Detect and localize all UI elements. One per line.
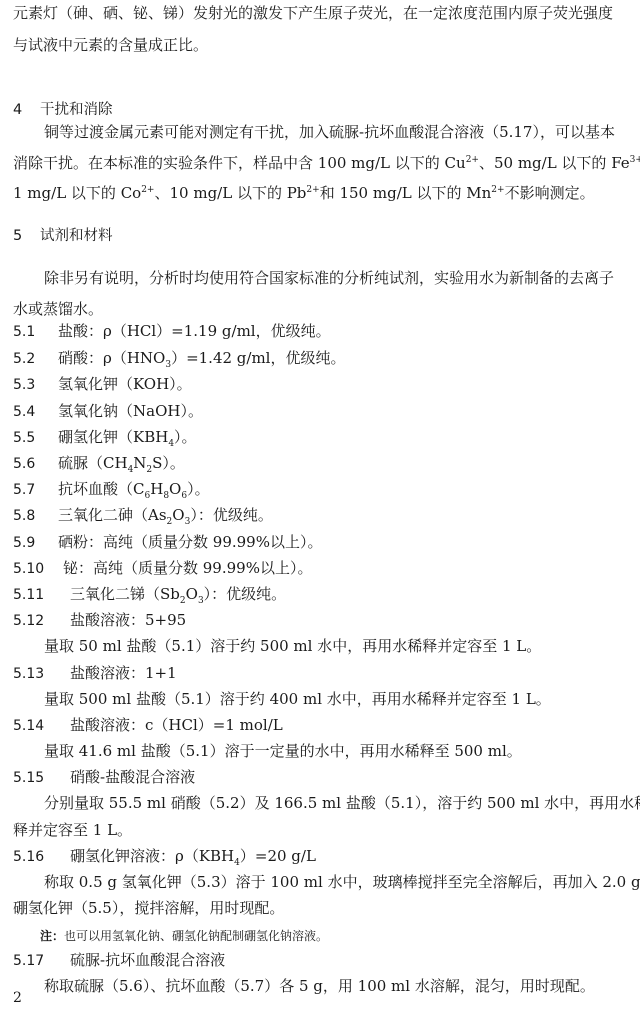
section-5-heading: 5试剂和材料 [13, 226, 113, 246]
item-5-15: 5.15硝酸-盐酸混合溶液 [13, 767, 195, 788]
item-5-15-desc-line-1: 分别量取 55.5 ml 硝酸（5.2）及 166.5 ml 盐酸（5.1），溶… [44, 793, 640, 813]
item-5-3: 5.3氢氧化钾（KOH）。 [13, 374, 192, 395]
item-5-10: 5.10铋：高纯（质量分数 99.99%以上）。 [13, 558, 312, 579]
section-4-para-line-2: 消除干扰。在本标准的实验条件下，样品中含 100 mg/L 以下的 Cu2+、5… [13, 153, 640, 173]
page-number: 2 [13, 990, 22, 1006]
item-5-17-desc: 称取硫脲（5.6）、抗坏血酸（5.7）各 5 g，用 100 ml 水溶解，混匀… [44, 976, 595, 996]
item-5-11: 5.11三氧化二锑（Sb2O3）：优级纯。 [13, 584, 286, 605]
item-5-16-desc-line-1: 称取 0.5 g 氢氧化钾（5.3）溶于 100 ml 水中，玻璃棒搅拌至完全溶… [44, 872, 640, 892]
item-5-7: 5.7抗坏血酸（C6H8O6）。 [13, 479, 210, 500]
item-5-6: 5.6硫脲（CH4N2S）。 [13, 453, 185, 474]
item-5-5: 5.5硼氢化钾（KBH4）。 [13, 427, 197, 448]
item-5-14: 5.14盐酸溶液：c（HCl）=1 mol/L [13, 715, 283, 736]
item-5-16-note: 注：也可以用氢氧化钠、硼氢化钠配制硼氢化钠溶液。 [40, 926, 328, 946]
item-5-12: 5.12盐酸溶液：5+95 [13, 610, 186, 631]
intro-line-1: 元素灯（砷、硒、铋、锑）发射光的激发下产生原子荧光，在一定浓度范围内原子荧光强度 [13, 3, 613, 23]
section-4-para-line-3: 1 mg/L 以下的 Co2+、10 mg/L 以下的 Pb2+和 150 mg… [13, 183, 595, 203]
item-5-15-desc-line-2: 释并定容至 1 L。 [13, 820, 132, 840]
item-5-17: 5.17硫脲-抗坏血酸混合溶液 [13, 950, 225, 971]
section-4-heading: 4干扰和消除 [13, 100, 113, 120]
section-5-para-line-2: 水或蒸馏水。 [13, 299, 103, 319]
item-5-16: 5.16硼氢化钾溶液：ρ（KBH4）=20 g/L [13, 846, 316, 867]
item-5-1: 5.1盐酸：ρ（HCl）=1.19 g/ml，优级纯。 [13, 321, 331, 342]
intro-line-2: 与试液中元素的含量成正比。 [13, 35, 208, 55]
item-5-2: 5.2硝酸：ρ（HNO3）=1.42 g/ml，优级纯。 [13, 348, 345, 369]
item-5-14-desc: 量取 41.6 ml 盐酸（5.1）溶于一定量的水中，再用水稀释至 500 ml… [44, 741, 522, 761]
section-4-para-line-1: 铜等过渡金属元素可能对测定有干扰，加入硫脲-抗坏血酸混合溶液（5.17），可以基… [44, 122, 615, 142]
item-5-4: 5.4氢氧化钠（NaOH）。 [13, 401, 203, 422]
item-5-9: 5.9硒粉：高纯（质量分数 99.99%以上）。 [13, 532, 322, 553]
item-5-8: 5.8三氧化二砷（As2O3）：优级纯。 [13, 505, 273, 526]
item-5-13-desc: 量取 500 ml 盐酸（5.1）溶于约 400 ml 水中，再用水稀释并定容至… [44, 689, 551, 709]
section-5-para-line-1: 除非另有说明，分析时均使用符合国家标准的分析纯试剂，实验用水为新制备的去离子 [44, 268, 614, 288]
item-5-16-desc-line-2: 硼氢化钾（5.5），搅拌溶解，用时现配。 [13, 898, 284, 918]
item-5-12-desc: 量取 50 ml 盐酸（5.1）溶于约 500 ml 水中，再用水稀释并定容至 … [44, 636, 541, 656]
item-5-13: 5.13盐酸溶液：1+1 [13, 663, 177, 684]
